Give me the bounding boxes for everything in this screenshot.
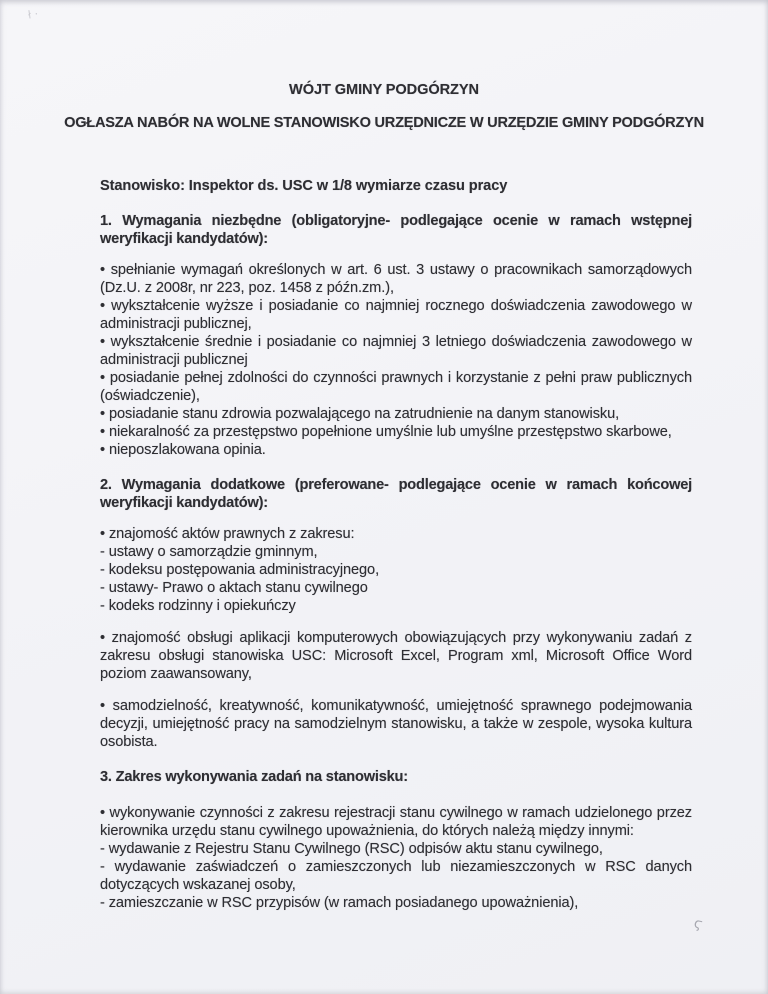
requirement-item: • nieposzlakowana opinia. xyxy=(100,441,692,459)
section-3-heading: 3. Zakres wykonywania zadań na stanowisk… xyxy=(100,768,692,786)
software-skills-item: • znajomość obsługi aplikacji komputerow… xyxy=(100,629,692,683)
pencil-mark-bottom-right: ϛ xyxy=(692,915,704,933)
section-2-soft-skills-block: • samodzielność, kreatywność, komunikaty… xyxy=(100,697,692,751)
soft-skills-item: • samodzielność, kreatywność, komunikaty… xyxy=(100,697,692,751)
requirement-item: • wykształcenie wyższe i posiadanie co n… xyxy=(100,297,692,333)
law-list-item: • znajomość aktów prawnych z zakresu: xyxy=(100,525,692,543)
section-1-heading: 1. Wymagania niezbędne (obligatoryjne- p… xyxy=(100,212,692,248)
requirement-item: • posiadanie pełnej zdolności do czynnoś… xyxy=(100,369,692,405)
requirement-item: • wykształcenie średnie i posiadanie co … xyxy=(100,333,692,369)
scanned-document-page: ł · WÓJT GMINY PODGÓRZYN OGŁASZA NABÓR N… xyxy=(0,0,768,994)
duty-item: - wydawanie zaświadczeń o zamieszczonych… xyxy=(100,858,692,894)
law-list-item: - ustawy o samorządzie gminnym, xyxy=(100,543,692,561)
law-list-item: - kodeksu postępowania administracyjnego… xyxy=(100,561,692,579)
law-list-item: - kodeks rodzinny i opiekuńczy xyxy=(100,597,692,615)
requirement-item: • spełnianie wymagań określonych w art. … xyxy=(100,261,692,297)
duty-item: - zamieszczanie w RSC przypisów (w ramac… xyxy=(100,894,692,912)
document-title-announcement: OGŁASZA NABÓR NA WOLNE STANOWISKO URZĘDN… xyxy=(0,114,768,132)
duties-intro: • wykonywanie czynności z zakresu rejest… xyxy=(100,804,692,840)
section-2-heading: 2. Wymagania dodatkowe (preferowane- pod… xyxy=(100,476,692,512)
requirement-item: • niekaralność za przestępstwo popełnion… xyxy=(100,423,692,441)
section-1-requirements-list: • spełnianie wymagań określonych w art. … xyxy=(100,261,692,459)
pencil-mark-top-left: ł · xyxy=(27,7,39,21)
section-2-software-block: • znajomość obsługi aplikacji komputerow… xyxy=(100,629,692,683)
position-line: Stanowisko: Inspektor ds. USC w 1/8 wymi… xyxy=(100,177,692,195)
duty-item: - wydawanie z Rejestru Stanu Cywilnego (… xyxy=(100,840,692,858)
requirement-item: • posiadanie stanu zdrowia pozwalającego… xyxy=(100,405,692,423)
section-2-law-list: • znajomość aktów prawnych z zakresu: - … xyxy=(100,525,692,615)
section-3-duties-list: • wykonywanie czynności z zakresu rejest… xyxy=(100,804,692,912)
document-title-issuer: WÓJT GMINY PODGÓRZYN xyxy=(0,81,768,99)
document-body: WÓJT GMINY PODGÓRZYN OGŁASZA NABÓR NA WO… xyxy=(100,0,692,912)
law-list-item: - ustawy- Prawo o aktach stanu cywilnego xyxy=(100,579,692,597)
